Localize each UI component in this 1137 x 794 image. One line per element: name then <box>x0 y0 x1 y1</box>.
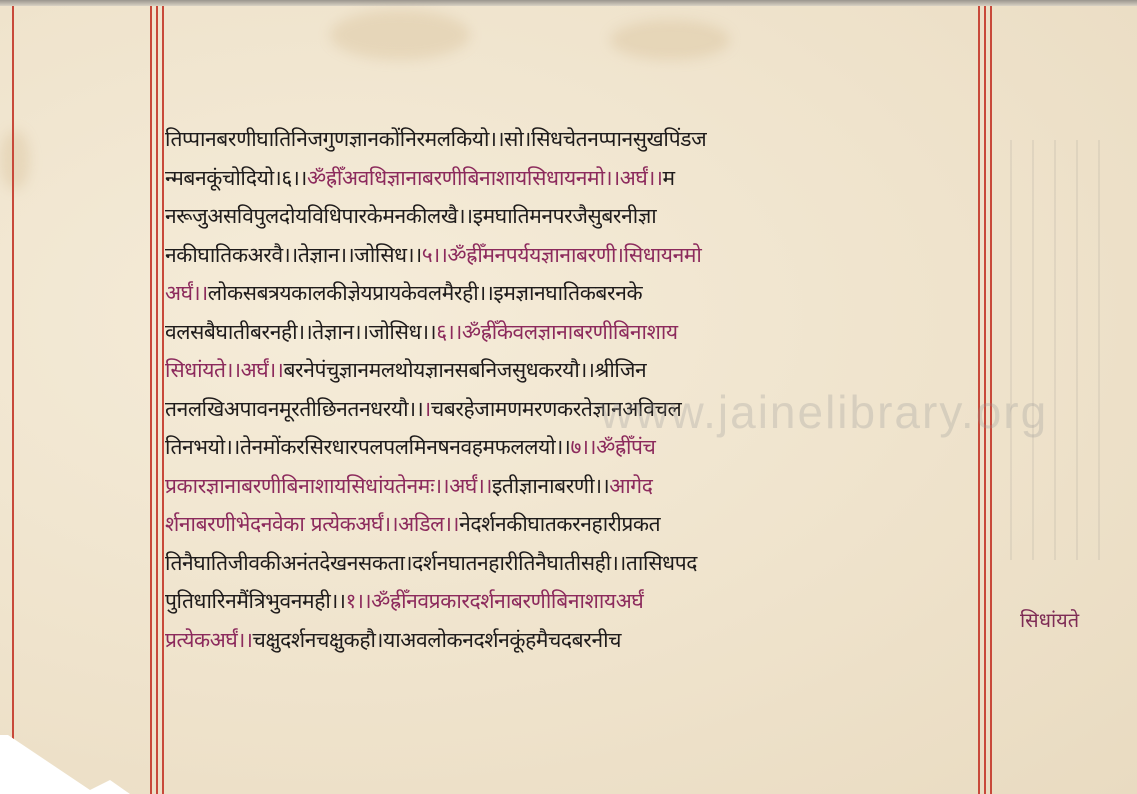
manuscript-line: तिनैघातिजीवकीअनंतदेखनसकता।दर्शनघातनहारीत… <box>165 544 977 583</box>
rubric-text: ५।।ॐह्रीँमनपर्ययज्ञानाबरणी।सिधायनमो <box>422 243 702 267</box>
rubric-text: अर्घं।। <box>165 281 208 305</box>
rubric-text: १।।ॐह्रीँनवप्रकारदर्शनाबरणीबिनाशायअर्घं <box>346 589 644 613</box>
manuscript-text-block: तिप्पानबरणीघातिनिजगुणज्ञानकोंनिरमलकियो।।… <box>165 120 977 659</box>
manuscript-line: नकीघातिकअरवै।।तेज्ञान।।जोसिध।।५।।ॐह्रीँम… <box>165 236 977 275</box>
body-text: तिनभयो।।तेनमोंकरसिरधारपलपलमिनषनवहमफललयो।… <box>165 435 570 459</box>
manuscript-line: तनलखिअपावनमूरतीछिनतनधरयौ।।।चबरहेजामणमरणक… <box>165 390 977 429</box>
manuscript-line: वलसबैघातीबरनही।।तेज्ञान।।जोसिध।।६।।ॐह्री… <box>165 313 977 352</box>
rubric-text: प्रकारज्ञानाबरणीबिनाशायसिधांयतेनमः।।अर्घ… <box>165 474 492 498</box>
manuscript-line: न्मबनकूंचोदियो।६।।ॐह्रीँअवधिज्ञानाबरणीबि… <box>165 159 977 198</box>
margin-rule-left-1 <box>150 6 152 794</box>
rubric-text: र्शनाबरणीभेदनवेका प्रत्येकअर्घं।।अडिल।। <box>165 512 459 536</box>
manuscript-line: तिनभयो।।तेनमोंकरसिरधारपलपलमिनषनवहमफललयो।… <box>165 428 977 467</box>
body-text: म <box>663 166 675 190</box>
rubric-text: ॐह्रीँअवधिज्ञानाबरणीबिनाशायसिधायनमो।।अर्… <box>307 166 663 190</box>
body-text: वलसबैघातीबरनही।।तेज्ञान।।जोसिध।। <box>165 320 436 344</box>
body-text: नरूजुअसविपुलदोयविधिपारकेमनकीलखै।।इमघातिम… <box>165 204 656 228</box>
manuscript-page: तिप्पानबरणीघातिनिजगुणज्ञानकोंनिरमलकियो।।… <box>0 0 1137 794</box>
manuscript-line: नरूजुअसविपुलदोयविधिपारकेमनकीलखै।।इमघातिम… <box>165 197 977 236</box>
body-text: इतीज्ञानाबरणी।। <box>492 474 609 498</box>
rubric-text: सिधांयते।।अर्घं।। <box>165 358 283 382</box>
margin-rule-right-2 <box>984 6 986 794</box>
manuscript-line: पुतिधारिनमैंत्रिभुवनमही।।१।।ॐह्रीँनवप्रक… <box>165 582 977 621</box>
body-text: नकीघातिकअरवै।।तेज्ञान।।जोसिध।। <box>165 243 422 267</box>
margin-note: सिधांयते <box>1020 606 1079 633</box>
margin-rule-right-1 <box>978 6 980 794</box>
body-text: तनलखिअपावनमूरतीछिनतनधरयौ।। <box>165 397 423 421</box>
margin-rule-left-3 <box>162 6 164 794</box>
rubric-text: ७।।ॐह्रीँपंच <box>570 435 655 459</box>
manuscript-line: र्शनाबरणीभेदनवेका प्रत्येकअर्घं।।अडिल।।न… <box>165 505 977 544</box>
body-text: लोकसबत्रयकालकीज्ञेयप्रायकेवलमैरही।।इमज्ञ… <box>208 281 642 305</box>
rubric-text: प्रत्येकअर्घं।। <box>165 628 253 652</box>
body-text: बरनेपंचुज्ञानमलथोयज्ञानसबनिजसुधकरयौ।।श्र… <box>283 358 646 382</box>
margin-rule-outer-left <box>12 6 14 794</box>
paper-stain <box>0 130 30 190</box>
manuscript-line: तिप्पानबरणीघातिनिजगुणज्ञानकोंनिरमलकियो।।… <box>165 120 977 159</box>
body-text: पुतिधारिनमैंत्रिभुवनमही।। <box>165 589 346 613</box>
body-text: चबरहेजामणमरणकरतेज्ञानअविचल <box>431 397 682 421</box>
body-text: नेदर्शनकीघातकरनहारीप्रकत <box>459 512 660 536</box>
manuscript-line: प्रत्येकअर्घं।।चक्षुदर्शनचक्षुकहौ।याअवलो… <box>165 621 977 660</box>
body-text: चक्षुदर्शनचक्षुकहौ।याअवलोकनदर्शनकूंहमैचद… <box>253 628 622 652</box>
margin-rule-left-2 <box>156 6 158 794</box>
rubric-text: ६।।ॐह्रीँकेवलज्ञानाबरणीबिनाशाय <box>436 320 677 344</box>
body-text: न्मबनकूंचोदियो।६।। <box>165 166 307 190</box>
paper-stain <box>330 10 470 60</box>
body-text: तिप्पानबरणीघातिनिजगुणज्ञानकोंनिरमलकियो।।… <box>165 127 706 151</box>
manuscript-line: सिधांयते।।अर्घं।।बरनेपंचुज्ञानमलथोयज्ञान… <box>165 351 977 390</box>
rubric-text: आगेद <box>609 474 652 498</box>
scan-edge-shadow <box>0 0 1137 6</box>
paper-stain <box>610 20 730 60</box>
body-text: तिनैघातिजीवकीअनंतदेखनसकता।दर्शनघातनहारीत… <box>165 551 697 575</box>
manuscript-line: प्रकारज्ञानाबरणीबिनाशायसिधांयतेनमः।।अर्घ… <box>165 467 977 506</box>
bleed-through-text <box>1010 140 1120 560</box>
manuscript-line: अर्घं।।लोकसबत्रयकालकीज्ञेयप्रायकेवलमैरही… <box>165 274 977 313</box>
rubric-text: । <box>423 397 431 421</box>
margin-rule-right-3 <box>990 6 992 794</box>
